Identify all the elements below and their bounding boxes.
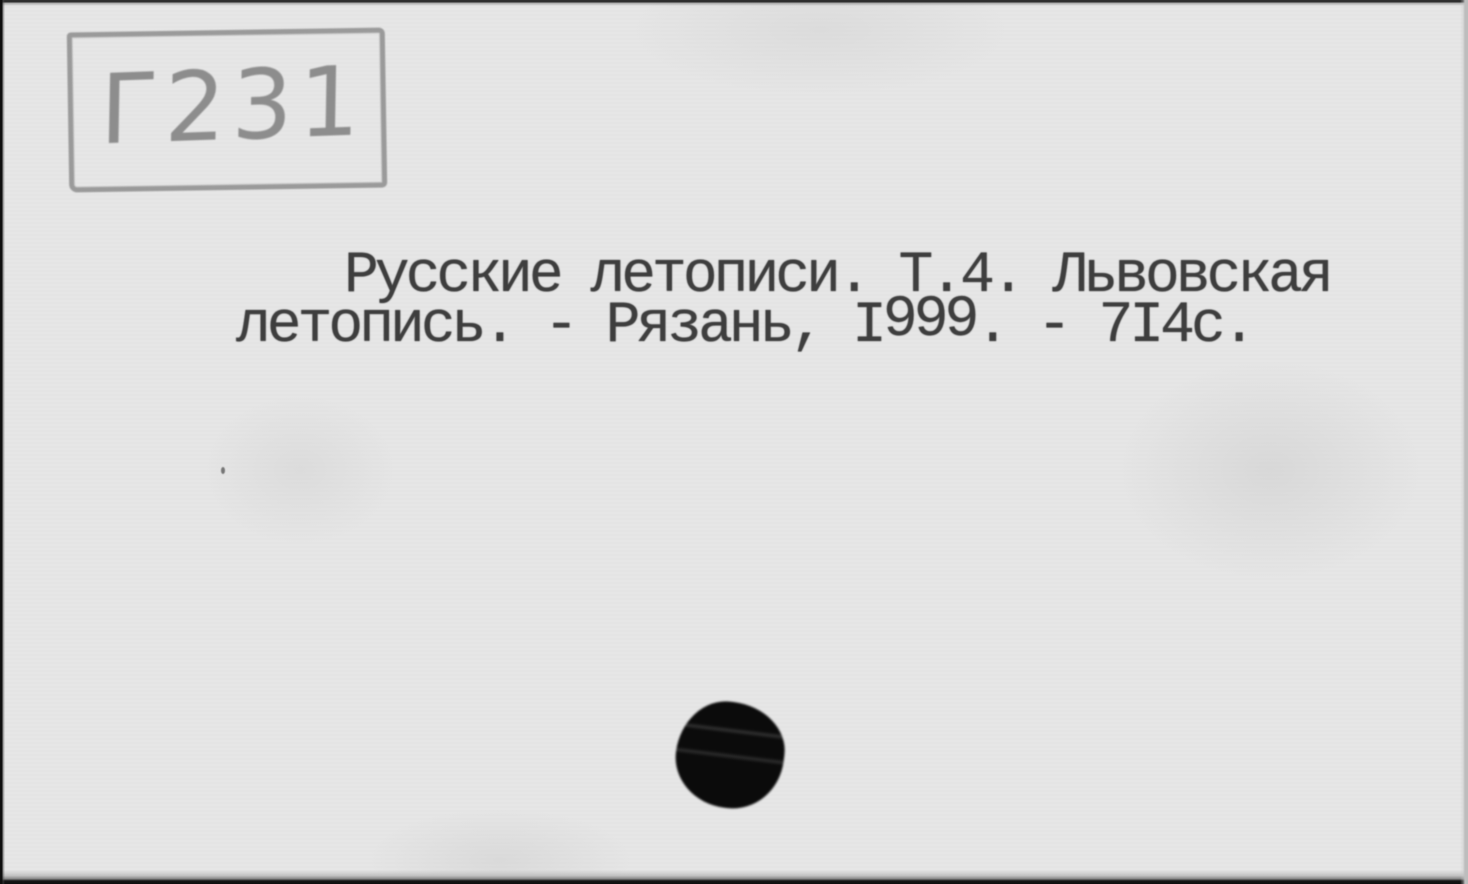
ink-blot <box>670 696 790 814</box>
call-number-label: Г231 <box>99 53 366 158</box>
scan-edge-top <box>0 0 1468 6</box>
scanned-catalog-card-page: { "card": { "call_number": "Г231", "entr… <box>0 0 1468 884</box>
scan-edge-left <box>0 0 5 884</box>
entry-line-2-prefix: летопись. - Рязань, I <box>236 294 883 359</box>
scan-edge-right <box>1460 0 1468 884</box>
entry-line-2-raised-digits: 999 <box>883 288 975 353</box>
scan-edge-bottom <box>0 870 1468 884</box>
ink-speck <box>221 467 225 474</box>
entry-line-2: летопись. - Рязань, I999. - 7I4с. <box>236 302 1253 352</box>
entry-line-2-suffix: . - 7I4с. <box>975 294 1252 359</box>
